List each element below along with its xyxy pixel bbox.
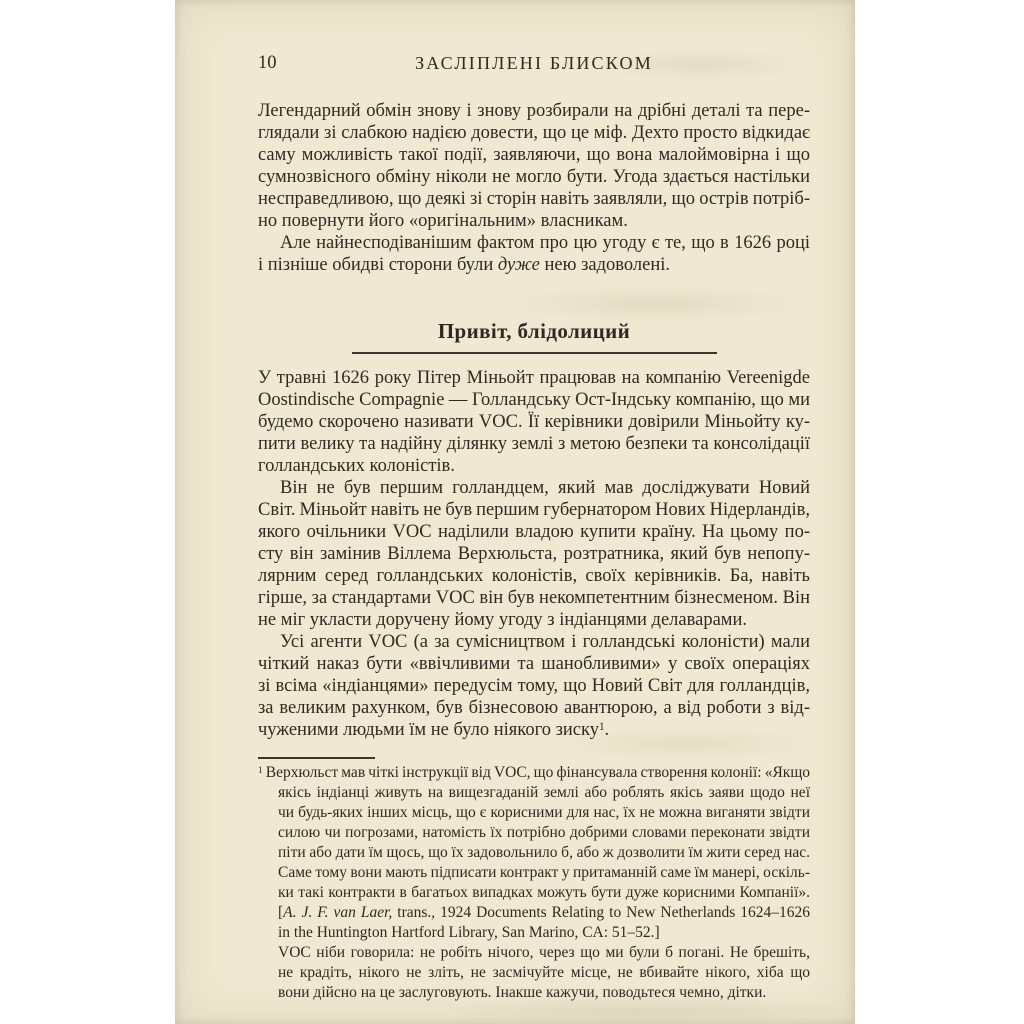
text-line: і пізніше обидві сторони були дуже нею з… (258, 254, 810, 276)
text-line: Усі агенти VOC (а за сумісництвом і голл… (258, 631, 810, 653)
paragraph: Усі агенти VOC (а за сумісництвом і голл… (258, 631, 810, 741)
text-line: зі всіма «індіанцями» передусім тому, що… (258, 675, 810, 697)
text-line: Oostindische Compagnie — Голландську Ост… (258, 389, 810, 411)
footnote-line: ки такі контракти в багатьох випадках мо… (278, 883, 810, 903)
text-line: несправедливою, що деякі зі сторін навіт… (258, 188, 810, 210)
text-line: чіткий наказ бути «ввічливими та шанобли… (258, 653, 810, 675)
text-line: пити велику та надійну ділянку землі з м… (258, 433, 810, 455)
text-line: за великим рахунком, був бізнесовою аван… (258, 697, 810, 719)
footnote-line: [A. J. F. van Laer, trans., 1924 Documen… (278, 903, 810, 923)
paragraph: Легендарний обмін знову і знову розбирал… (258, 100, 810, 232)
scan-canvas: 10 ЗАСЛІПЛЕНІ БЛИСКОМ Легендарний обмін … (0, 0, 1024, 1024)
footnote-line: піти або дати їм щось, що їх задовольнил… (278, 843, 810, 863)
text-line: чуженими людьми їм не було ніякого зиску… (258, 719, 810, 741)
text-line: сту він замінив Віллема Верхюльста, розт… (258, 543, 810, 565)
text-line: Але найнесподіванішим фактом про цю угод… (258, 232, 810, 254)
footnote-separator (258, 757, 375, 759)
text-line: лярним серед голландських колоністів, св… (258, 565, 810, 587)
text-line: глядали зі слабкою надією довести, що це… (258, 122, 810, 144)
footnote-line: чи будь-яких інших місць, що є корисними… (278, 803, 810, 823)
text-line: сумнозвісного обміну ніколи не могло бут… (258, 166, 810, 188)
text-line: Він не був першим голландцем, який мав д… (258, 477, 810, 499)
section-heading: Привіт, блідолиций (258, 318, 810, 344)
text-line: не міг укласти доручену йому угоду з інд… (258, 609, 810, 631)
paragraph: У травні 1626 року Пітер Міньойт працюва… (258, 367, 810, 477)
text-line: гірше, за стандартами VOC він був некомп… (258, 587, 810, 609)
book-page: 10 ЗАСЛІПЛЕНІ БЛИСКОМ Легендарний обмін … (175, 0, 855, 1024)
text-flow: Легендарний обмін знову і знову розбирал… (258, 100, 810, 741)
heading-rule (352, 352, 717, 354)
text-line: Легендарний обмін знову і знову розбирал… (258, 100, 810, 122)
paragraph: Він не був першим голландцем, який мав д… (258, 477, 810, 631)
text-line: якого очільники VOC наділили владою купи… (258, 521, 810, 543)
footnote-line: VOC ніби говорила: не робіть нічого, чер… (278, 943, 810, 963)
text-line: но повернути його «оригінальним» власник… (258, 210, 810, 232)
footnote-line: силою чи погрозами, натомість їх потрібн… (278, 823, 810, 843)
running-head: ЗАСЛІПЛЕНІ БЛИСКОМ (258, 52, 810, 74)
page-number: 10 (258, 52, 277, 74)
footnote-line: 1 Верхюльст мав чіткі інструкції від VOC… (278, 763, 810, 783)
text-line: У травні 1626 року Пітер Міньойт працюва… (258, 367, 810, 389)
footnote-line: Саме тому вони мають підписати контракт … (278, 863, 810, 883)
page-header: 10 ЗАСЛІПЛЕНІ БЛИСКОМ (258, 52, 810, 74)
footnote-line: in the Huntington Hartford Library, San … (278, 923, 810, 943)
footnote: 1 Верхюльст мав чіткі інструкції від VOC… (258, 763, 810, 1003)
paragraph: Але найнесподіванішим фактом про цю угод… (258, 232, 810, 276)
footnote-line: вони дійсно на це заслуговують. Інакше к… (278, 983, 810, 1003)
text-line: Світ. Міньойт навіть не був першим губер… (258, 499, 810, 521)
text-line: саму можливість такої події, заявляючи, … (258, 144, 810, 166)
text-line: голландських колоністів. (258, 455, 810, 477)
footnote-line: не крадіть, нікого не зліть, не засмічуй… (278, 963, 810, 983)
footnote-line: якісь індіанці живуть на вищезгаданій зе… (278, 783, 810, 803)
text-line: будемо скорочено називати VOC. Її керівн… (258, 411, 810, 433)
